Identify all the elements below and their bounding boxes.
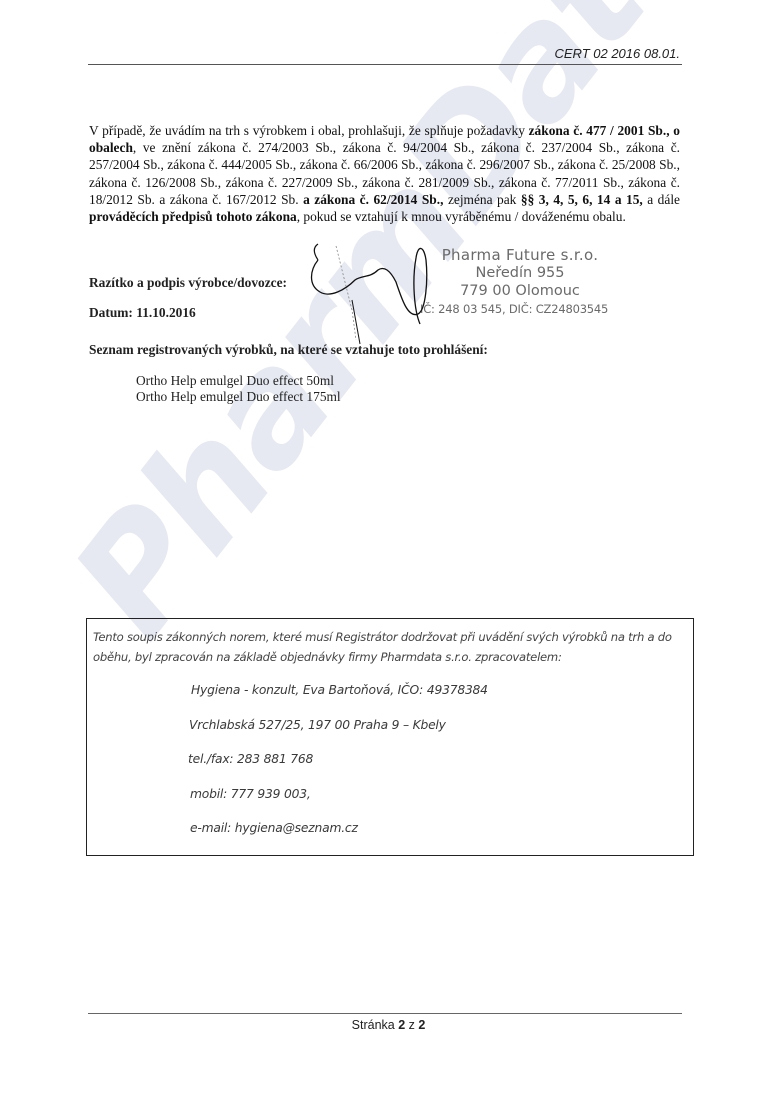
declaration-text: V případě, že uvádím na trh s výrobkem i… bbox=[89, 123, 529, 138]
declaration-emphasis: a zákona č. 62/2014 Sb., bbox=[303, 192, 443, 207]
document-code: CERT 02 2016 08.01. bbox=[554, 46, 680, 61]
declaration-text: a dále bbox=[643, 192, 680, 207]
declaration-emphasis: prováděcích předpisů tohoto zákona bbox=[89, 209, 297, 224]
product-item: Ortho Help emulgel Duo effect 175ml bbox=[136, 389, 341, 405]
declaration-emphasis: §§ 3, 4, 5, 6, 14 a 15, bbox=[521, 192, 643, 207]
processor-address: Vrchlabská 527/25, 197 00 Praha 9 – Kbel… bbox=[189, 718, 446, 732]
product-item: Ortho Help emulgel Duo effect 50ml bbox=[136, 373, 334, 389]
declaration-text: zejména pak bbox=[443, 192, 520, 207]
processor-email: e-mail: hygiena@seznam.cz bbox=[190, 821, 358, 835]
page-number: Stránka 2 z 2 bbox=[0, 1018, 777, 1032]
processor-info-box: Tento soupis zákonných norem, které musí… bbox=[86, 618, 694, 856]
header-divider bbox=[88, 64, 682, 65]
info-intro: Tento soupis zákonných norem, které musí… bbox=[93, 627, 689, 667]
of-word: z bbox=[409, 1018, 415, 1032]
page-word: Stránka bbox=[352, 1018, 395, 1032]
footer-divider bbox=[88, 1013, 682, 1014]
date-label: Datum: 11.10.2016 bbox=[89, 305, 196, 321]
declaration-text: , pokud se vztahují k mnou vyráběnému / … bbox=[297, 209, 626, 224]
handwritten-signature bbox=[300, 240, 460, 350]
total-pages: 2 bbox=[418, 1018, 425, 1032]
document-page: PharmData s.r.o. CERT 02 2016 08.01. V p… bbox=[0, 0, 777, 1096]
processor-phone: tel./fax: 283 881 768 bbox=[188, 752, 313, 766]
processor-company: Hygiena - konzult, Eva Bartoňová, IČO: 4… bbox=[191, 683, 488, 697]
processor-mobile: mobil: 777 939 003, bbox=[190, 787, 311, 801]
declaration-paragraph: V případě, že uvádím na trh s výrobkem i… bbox=[89, 122, 680, 225]
stamp-signature-label: Razítko a podpis výrobce/dovozce: bbox=[89, 275, 287, 291]
current-page: 2 bbox=[398, 1018, 405, 1032]
